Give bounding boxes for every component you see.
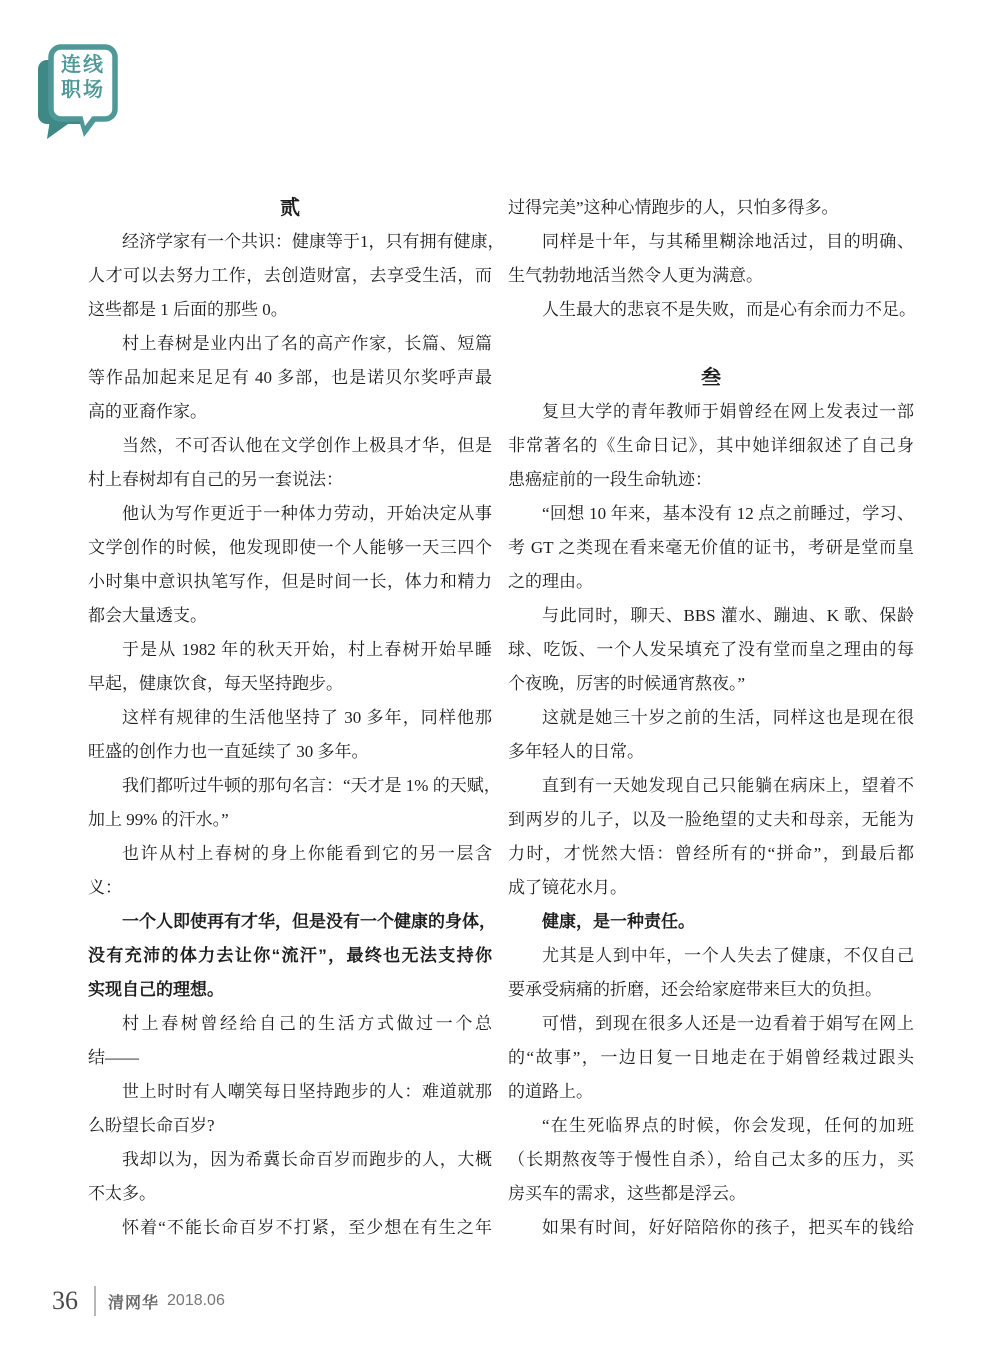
text-line: 人才可以去努力工作，去创造财富，去享受生活，而 [88, 259, 492, 293]
text-line: 要承受病痛的折磨，还会给家庭带来巨大的负担。 [508, 973, 914, 1007]
text-line: 同样是十年，与其稀里糊涂地活过，目的明确、 [508, 225, 914, 259]
text-line: 高的亚裔作家。 [88, 395, 492, 429]
logo-text: 连线 职场 [52, 53, 114, 103]
text-line: 不太多。 [88, 1177, 492, 1211]
magazine-name: 清网华 [108, 1290, 159, 1313]
text-line: 义： [88, 871, 492, 905]
right-column: 过得完美”这种心情跑步的人，只怕多得多。同样是十年，与其稀里糊涂地活过，目的明确… [508, 191, 914, 1245]
text-line: 没有充沛的体力去让你“流汗”，最终也无法支持你 [88, 939, 492, 973]
text-line: 他认为写作更近于一种体力劳动，开始决定从事 [88, 497, 492, 531]
text-line: 过得完美”这种心情跑步的人，只怕多得多。 [508, 191, 914, 225]
text-line: 世上时时有人嘲笑每日坚持跑步的人：难道就那 [88, 1075, 492, 1109]
text-line: 可惜，到现在很多人还是一边看着于娟写在网上 [508, 1007, 914, 1041]
issue-date: 2018.06 [167, 1292, 225, 1310]
text-line: 直到有一天她发现自己只能躺在病床上，望着不 [508, 769, 914, 803]
footer-divider [94, 1286, 96, 1316]
logo-text-line1: 连线 [52, 53, 114, 78]
logo-text-line2: 职场 [52, 78, 114, 103]
text-line: “在生死临界点的时候，你会发现，任何的加班 [508, 1109, 914, 1143]
text-line: 考 GT 之类现在看来毫无价值的证书，考研是堂而皇 [508, 531, 914, 565]
magazine-page: 连线 职场 贰经济学家有一个共识：健康等于1，只有拥有健康，人才可以去努力工作，… [0, 0, 1000, 1358]
text-line: 当然，不可否认他在文学创作上极具才华，但是 [88, 429, 492, 463]
text-line: 村上春树曾经给自己的生活方式做过一个总 [88, 1007, 492, 1041]
text-line: 于是从 1982 年的秋天开始，村上春树开始早睡 [88, 633, 492, 667]
text-line: 非常著名的《生命日记》，其中她详细叙述了自己身 [508, 429, 914, 463]
text-line: 都会大量透支。 [88, 599, 492, 633]
column-logo: 连线 职场 [36, 44, 120, 142]
section-heading: 叁 [508, 361, 914, 395]
text-line: 这些都是 1 后面的那些 0。 [88, 293, 492, 327]
column-spacer [508, 327, 914, 361]
text-line: 加上 99% 的汗水。” [88, 803, 492, 837]
text-line: 个夜晚，厉害的时候通宵熬夜。” [508, 667, 914, 701]
text-line: 多年轻人的日常。 [508, 735, 914, 769]
text-line: 之的理由。 [508, 565, 914, 599]
text-line: 如果有时间，好好陪陪你的孩子，把买车的钱给 [508, 1211, 914, 1245]
text-line: 患癌症前的一段生命轨迹： [508, 463, 914, 497]
text-line: 房买车的需求，这些都是浮云。 [508, 1177, 914, 1211]
text-line: 我却以为，因为希冀长命百岁而跑步的人，大概 [88, 1143, 492, 1177]
text-line: 村上春树却有自己的另一套说法： [88, 463, 492, 497]
text-line: 生气勃勃地活当然令人更为满意。 [508, 259, 914, 293]
text-line: 结—— [88, 1041, 492, 1075]
text-line: 球、吃饭、一个人发呆填充了没有堂而皇之理由的每 [508, 633, 914, 667]
text-line: 一个人即使再有才华，但是没有一个健康的身体， [88, 905, 492, 939]
text-line: （长期熬夜等于慢性自杀），给自己太多的压力，买 [508, 1143, 914, 1177]
text-line: 早起，健康饮食，每天坚持跑步。 [88, 667, 492, 701]
text-line: 么盼望长命百岁? [88, 1109, 492, 1143]
text-line: 这样有规律的生活他坚持了 30 多年，同样他那 [88, 701, 492, 735]
text-line: 到两岁的儿子，以及一脸绝望的丈夫和母亲，无能为 [508, 803, 914, 837]
page-number: 36 [52, 1286, 78, 1316]
text-line: 也许从村上春树的身上你能看到它的另一层含 [88, 837, 492, 871]
text-line: 实现自己的理想。 [88, 973, 492, 1007]
text-line: 健康，是一种责任。 [508, 905, 914, 939]
text-line: 经济学家有一个共识：健康等于1，只有拥有健康， [88, 225, 492, 259]
page-footer: 36 清网华 2018.06 [52, 1284, 225, 1318]
text-line: 旺盛的创作力也一直延续了 30 多年。 [88, 735, 492, 769]
text-line: 等作品加起来足足有 40 多部，也是诺贝尔奖呼声最 [88, 361, 492, 395]
text-line: 的“故事”，一边日复一日地走在于娟曾经栽过跟头 [508, 1041, 914, 1075]
text-line: 复旦大学的青年教师于娟曾经在网上发表过一部 [508, 395, 914, 429]
text-line: 我们都听过牛顿的那句名言：“天才是 1% 的天赋， [88, 769, 492, 803]
left-column: 贰经济学家有一个共识：健康等于1，只有拥有健康，人才可以去努力工作，去创造财富，… [88, 191, 492, 1245]
text-line: “回想 10 年来，基本没有 12 点之前睡过，学习、 [508, 497, 914, 531]
section-heading: 贰 [88, 191, 492, 225]
text-line: 这就是她三十岁之前的生活，同样这也是现在很 [508, 701, 914, 735]
text-line: 的道路上。 [508, 1075, 914, 1109]
text-line: 力时，才恍然大悟：曾经所有的“拼命”，到最后都 [508, 837, 914, 871]
text-line: 与此同时，聊天、BBS 灌水、蹦迪、K 歌、保龄 [508, 599, 914, 633]
text-line: 怀着“不能长命百岁不打紧，至少想在有生之年 [88, 1211, 492, 1245]
text-line: 人生最大的悲哀不是失败，而是心有余而力不足。 [508, 293, 914, 327]
text-line: 村上春树是业内出了名的高产作家，长篇、短篇 [88, 327, 492, 361]
text-line: 尤其是人到中年，一个人失去了健康，不仅自己 [508, 939, 914, 973]
text-line: 小时集中意识执笔写作，但是时间一长，体力和精力 [88, 565, 492, 599]
text-line: 文学创作的时候，他发现即使一个人能够一天三四个 [88, 531, 492, 565]
text-line: 成了镜花水月。 [508, 871, 914, 905]
